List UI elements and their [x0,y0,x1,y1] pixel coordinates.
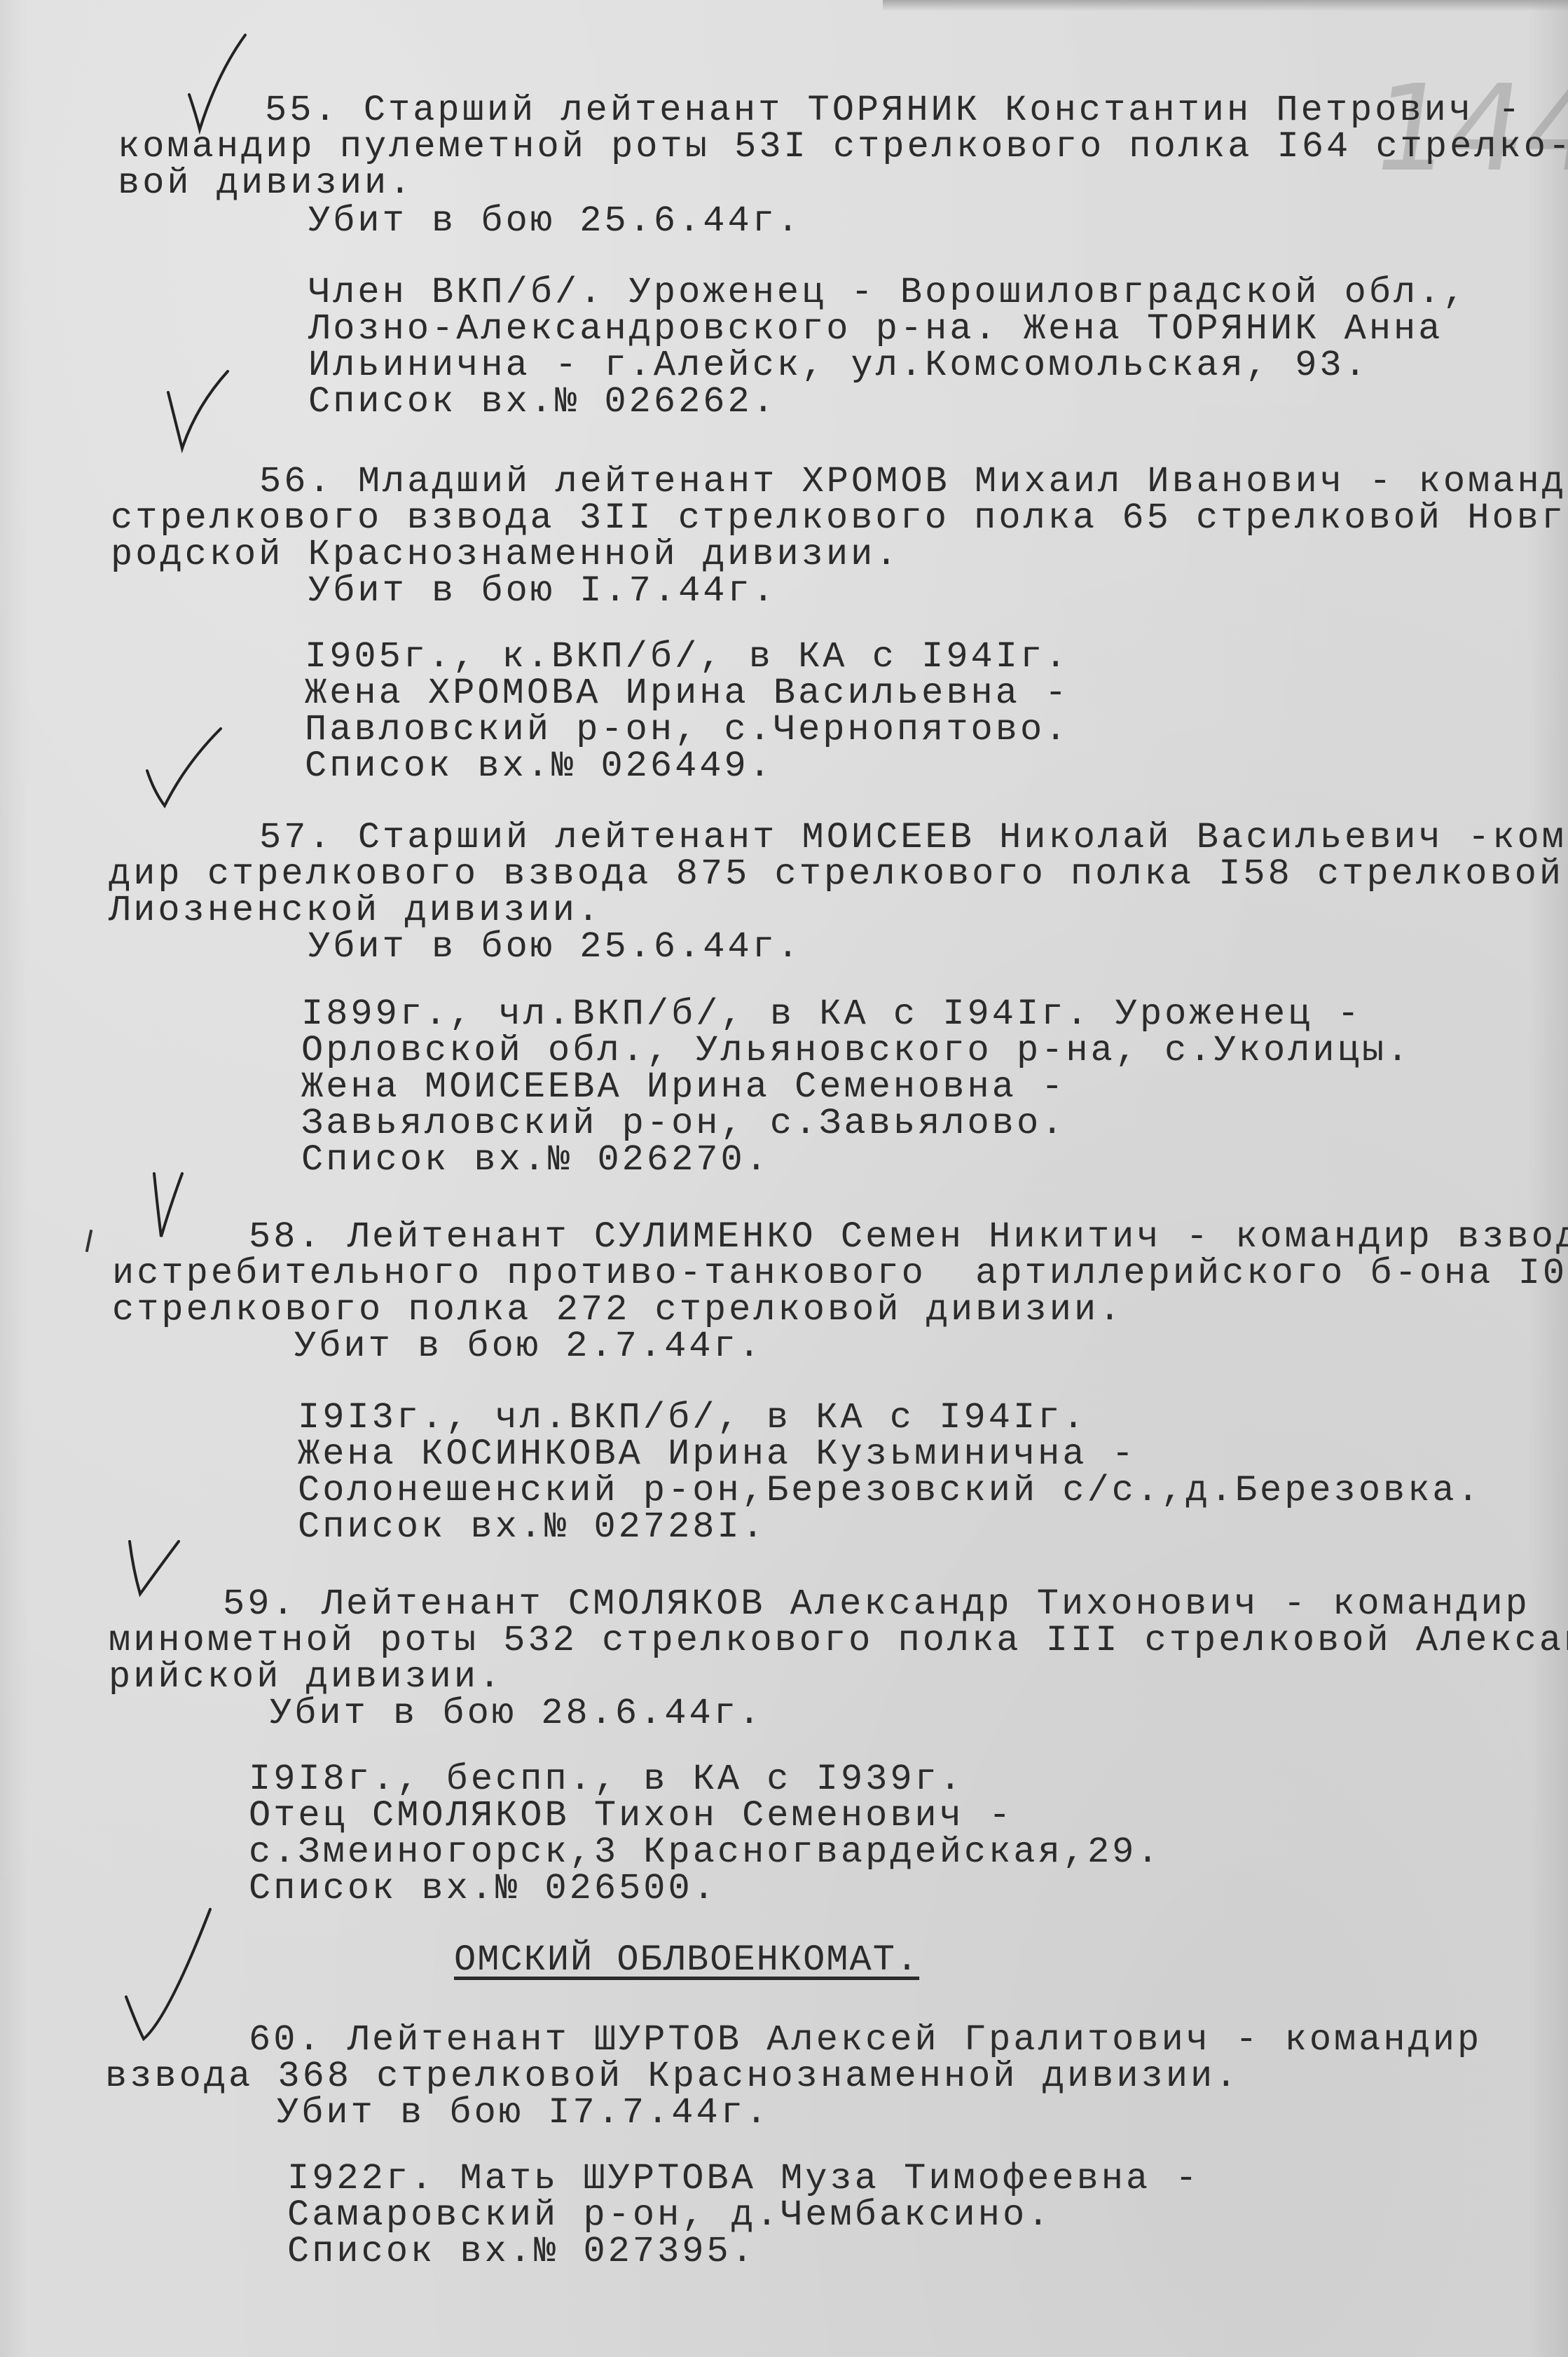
entry-56-detail-2: Жена ХРОМОВА Ирина Васильевна - [305,674,1069,713]
entry-57-detail-1: I899г., чл.ВКП/б/, в КА с I94Iг. Урожене… [301,995,1362,1034]
entry-58-detail-1: I9I3г., чл.ВКП/б/, в КА с I94Iг. [298,1399,1087,1438]
entry-58-line-2: истребительного противо-танкового артилл… [112,1254,1568,1293]
entry-58-line-1: 58. Лейтенант СУЛИМЕНКО Семен Никитич - … [249,1218,1568,1257]
entry-59-line-3: рийской дивизии. [109,1658,503,1697]
entry-57-detail-3: Жена МОИСЕЕВА Ирина Семеновна - [301,1068,1066,1107]
archival-page: 144 55. Старший лейтенант ТОРЯНИК Конста… [0,0,1568,2357]
entry-59-list-number: Список вх.№ 026500. [249,1869,717,1909]
page-edge-shadow [883,0,1568,11]
entry-58-killed: Убит в бою 2.7.44г. [294,1327,763,1366]
entry-57-line-2: дир стрелкового взвода 875 стрелкового п… [109,855,1564,894]
entry-55-detail-1: Член ВКП/б/. Уроженец - Ворошиловградско… [308,273,1468,312]
entry-59-line-1: 59. Лейтенант СМОЛЯКОВ Александр Тихонов… [223,1585,1530,1624]
checkmark-icon [140,1167,196,1244]
checkmark-icon [112,1906,252,2053]
entry-57-list-number: Список вх.№ 026270. [301,1141,770,1180]
entry-55-line-3: вой дивизии. [118,164,413,203]
entry-57-detail-4: Завьяловский р-он, с.Завьялово. [301,1104,1066,1143]
entry-60-line-1: 60. Лейтенант ШУРТОВ Алексей Гралитович … [249,2021,1482,2060]
entry-56-line-2: стрелкового взвода 3II стрелкового полка… [111,499,1568,538]
checkmark-icon [137,722,228,813]
checkmark-icon [175,32,252,137]
entry-57-killed: Убит в бою 25.6.44г. [308,928,802,967]
entry-57-detail-2: Орловской обл., Ульяновского р-на, с.Уко… [301,1031,1411,1071]
entry-57-line-1: 57. Старший лейтенант МОИСЕЕВ Николай Ва… [259,818,1568,858]
entry-60-killed: Убит в бою I7.7.44г. [277,2094,770,2133]
entry-55-detail-3: Ильинична - г.Алейск, ул.Комсомольская, … [308,346,1369,385]
entry-59-line-2: минометной роты 532 стрелкового полка II… [109,1621,1568,1661]
entry-59-detail-3: с.Змеиногорск,3 Красногвардейская,29. [249,1833,1162,1872]
entry-56-detail-3: Павловский р-он, с.Чернопятово. [305,710,1069,750]
entry-59-detail-1: I9I8г., беспп., в КА с I939г. [249,1760,964,1799]
entry-60-line-2: взвода 368 стрелковой Краснознаменной ди… [105,2057,1239,2096]
entry-55-line-2: командир пулеметной роты 53I стрелкового… [118,128,1568,167]
entry-55-line-1: 55. Старший лейтенант ТОРЯНИК Константин… [265,91,1522,130]
entry-59-killed: Убит в бою 28.6.44г. [270,1694,763,1733]
entry-58-line-3: стрелкового полка 272 стрелковой дивизии… [112,1291,1123,1330]
margin-tick-mark [85,1230,93,1252]
entry-56-detail-1: I905г., к.ВКП/б/, в КА с I94Iг. [305,638,1069,677]
entry-58-list-number: Список вх.№ 02728I. [298,1508,766,1547]
entry-59-detail-2: Отец СМОЛЯКОВ Тихон Семенович - [249,1796,1013,1836]
entry-56-killed: Убит в бою I.7.44г. [308,572,777,611]
entry-58-detail-2: Жена КОСИНКОВА Ирина Кузьминична - [298,1435,1136,1474]
entry-55-list-number: Список вх.№ 026262. [308,383,777,422]
entry-55-detail-2: Лозно-Александровского р-на. Жена ТОРЯНИ… [308,310,1443,349]
entry-60-list-number: Список вх.№ 027395. [287,2232,756,2272]
entry-56-list-number: Список вх.№ 026449. [305,747,773,786]
entry-58-detail-3: Солонешенский р-он,Березовский с/с.,д.Бе… [298,1471,1482,1511]
entry-55-killed: Убит в бою 25.6.44г. [308,202,802,241]
entry-60-detail-1: I922г. Мать ШУРТОВА Муза Тимофеевна - [287,2159,1200,2199]
entry-56-line-3: родской Краснознаменной дивизии. [111,535,900,575]
checkmark-icon [119,1527,189,1604]
section-heading: ОМСКИЙ ОБЛВОЕНКОМАТ. [454,1939,919,1981]
entry-56-line-1: 56. Младший лейтенант ХРОМОВ Михаил Иван… [259,462,1568,502]
entry-60-detail-2: Самаровский р-он, д.Чембаксино. [287,2196,1052,2235]
entry-57-line-3: Лиозненской дивизии. [109,891,602,930]
checkmark-icon [158,364,235,455]
